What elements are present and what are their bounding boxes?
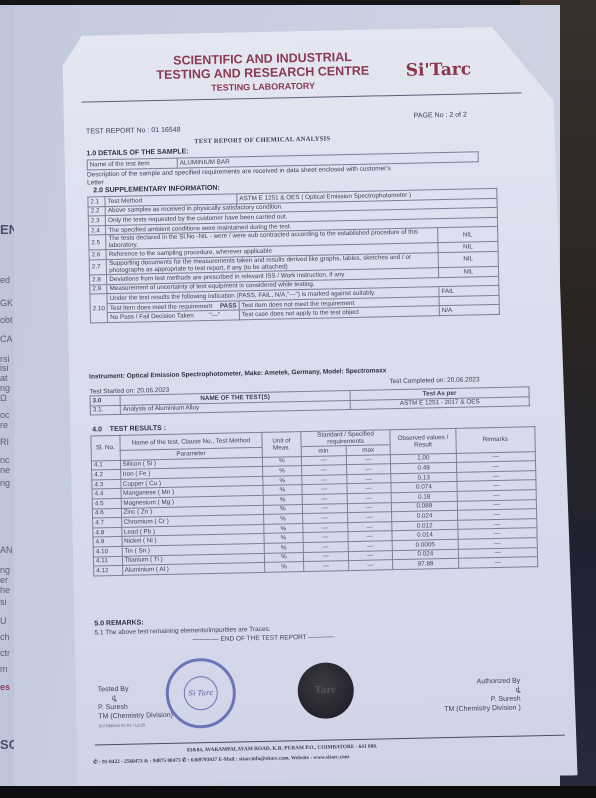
supp-na-code: N/A [439,305,499,316]
underlying-text-fragment: ne [0,465,14,475]
supplementary-table: 2.1Test MethodASTM E 1251 & OES ( Optica… [87,188,500,323]
supp-no: 2.5 [89,235,107,250]
authorized-by-label: Authorized By [444,677,521,688]
official-stamp: Si Tarc [165,658,236,729]
underlying-text-fragment: oc [0,410,14,420]
underlying-text-fragment: EN [0,222,14,237]
supp-value: NIL [438,251,498,267]
embossed-seal: Tarc [297,662,354,719]
result-no: 4.10 [93,546,122,556]
result-value: 97.88 [393,558,458,569]
results-heading-no: 4.0 [92,426,102,433]
underlying-text-fragment: m [0,664,14,674]
sample-description-cont: Letter [87,179,104,186]
instrument-line: Instrument: Optical Emission Spectrophot… [89,367,386,380]
underlying-text-fragment: he [0,585,14,595]
test-completed: Test Completed on: 20.06.2023 [389,376,479,385]
supp-no: 2.8 [90,275,107,285]
result-no: 4.1 [91,460,120,470]
supp-no: 2.6 [89,250,106,260]
result-no: 4.12 [94,565,123,575]
footer-contact: ✆ : 91-0422 - 2560473 & : 94875 80473 ✆ … [93,754,349,765]
underlying-text-fragment: ng [0,565,14,575]
col-sl-no: Sl. No. [91,435,120,460]
form-code: SI.FOM044/ 02-01 / 12-20 [98,720,173,731]
underlying-text-fragment: ctr [0,648,14,658]
photo-bottom-edge [0,786,596,798]
underlying-text-fragment: nc [0,455,14,465]
authorized-by-role: TM (Chemistry Division ) [444,704,521,715]
result-no: 4.5 [92,498,121,508]
underlying-text-fragment: ch [0,632,14,642]
result-no: 4.4 [92,489,121,499]
supp-no: 2.9 [90,284,107,294]
result-no: 4.6 [92,508,121,518]
section-sample-heading: 1.0 DETAILS OF THE SAMPLE: [86,148,188,157]
result-no: 4.2 [92,470,121,480]
underlying-text-fragment: si [0,597,14,607]
tested-by-block: Tested By ȡ P. Suresh TM (Chemistry Divi… [98,684,174,731]
document-title: TEST REPORT OF CHEMICAL ANALYSIS [194,135,330,145]
test-row-no: 3.1. [90,405,120,415]
result-max: — [348,560,393,571]
stamp-center: Si Tarc [183,676,218,711]
supp-no: 2.3 [88,216,105,226]
result-remarks: — [458,557,538,568]
supp-no: 2.10 [90,294,108,323]
supp-no: 2.7 [89,260,107,275]
underlying-text-fragment: RI [0,437,14,447]
result-no: 4.3 [92,479,121,489]
section-supplementary-heading: 2.0 SUPPLEMENTARY INFORMATION: [93,185,220,195]
page-number: PAGE No : 2 of 2 [414,112,467,120]
result-min: — [303,561,348,572]
results-heading: 4.0 TEST RESULTS : [92,425,166,434]
item-label: Name of the test item [87,158,177,169]
supp-no: 2.4 [88,225,105,235]
underlying-text-fragment: er [0,575,14,585]
footer-address: 83&84, AVARAMPALAYAM ROAD, K.R. PURAM P.… [187,744,377,754]
underlying-text-fragment: es [0,682,14,692]
end-of-report: ———— END OF THE TEST REPORT ———— [193,633,335,643]
supp-value: NIL [438,227,498,243]
underlying-text-fragment: GK [0,298,14,308]
result-unit: % [265,562,304,572]
underlying-text-fragment: Ω [0,393,14,403]
result-parameter: Aluminium ( Al ) [122,562,265,575]
org-name: SCIENTIFIC AND INDUSTRIAL TESTING AND RE… [132,49,393,82]
underlying-text-fragment: U [0,616,14,626]
authorized-by-block: Authorized By ȡ P. Suresh TM (Chemistry … [444,677,521,715]
result-no: 4.7 [93,518,122,528]
supp-no: 2.2 [88,206,105,216]
results-table: Sl. No. Name of the test, Clause No., Te… [90,426,538,576]
underlying-text-fragment: at [0,373,14,383]
col-remarks: Remarks [455,427,535,453]
col-unit: Unit of Meas. [262,432,301,457]
result-no: 4.8 [93,527,122,537]
result-no: 4.9 [93,537,122,547]
results-heading-text: TEST RESULTS : [110,425,166,433]
col-observed: Observed values / Result [390,428,456,454]
underlying-text-fragment: ed [0,275,14,285]
underlying-text-fragment: ng [0,478,14,488]
underlying-text-fragment: SC [0,737,14,752]
supp-no-decision: No Pass / Fail Decision Taken "—" [108,310,240,322]
underlying-text-fragment: obt [0,315,14,325]
item-value: ALUMINIUM BAR [177,152,478,168]
supp-no: 2.1 [88,197,105,207]
report-number: TEST REPORT No : 01 16548 [86,127,181,136]
sitarc-logo: Si'Tarc [406,59,472,80]
underlying-text-fragment: isi [0,363,14,373]
result-no: 4.11 [93,556,122,566]
underlying-text-fragment: CA [0,334,14,344]
test-report-sheet: SCIENTIFIC AND INDUSTRIAL TESTING AND RE… [62,26,578,786]
underlying-text-fragment: ng [0,383,14,393]
underlying-text-fragment: re [0,420,14,430]
underlying-text-fragment: AN [0,545,14,555]
remarks-heading: 5.0 REMARKS: [94,619,144,627]
